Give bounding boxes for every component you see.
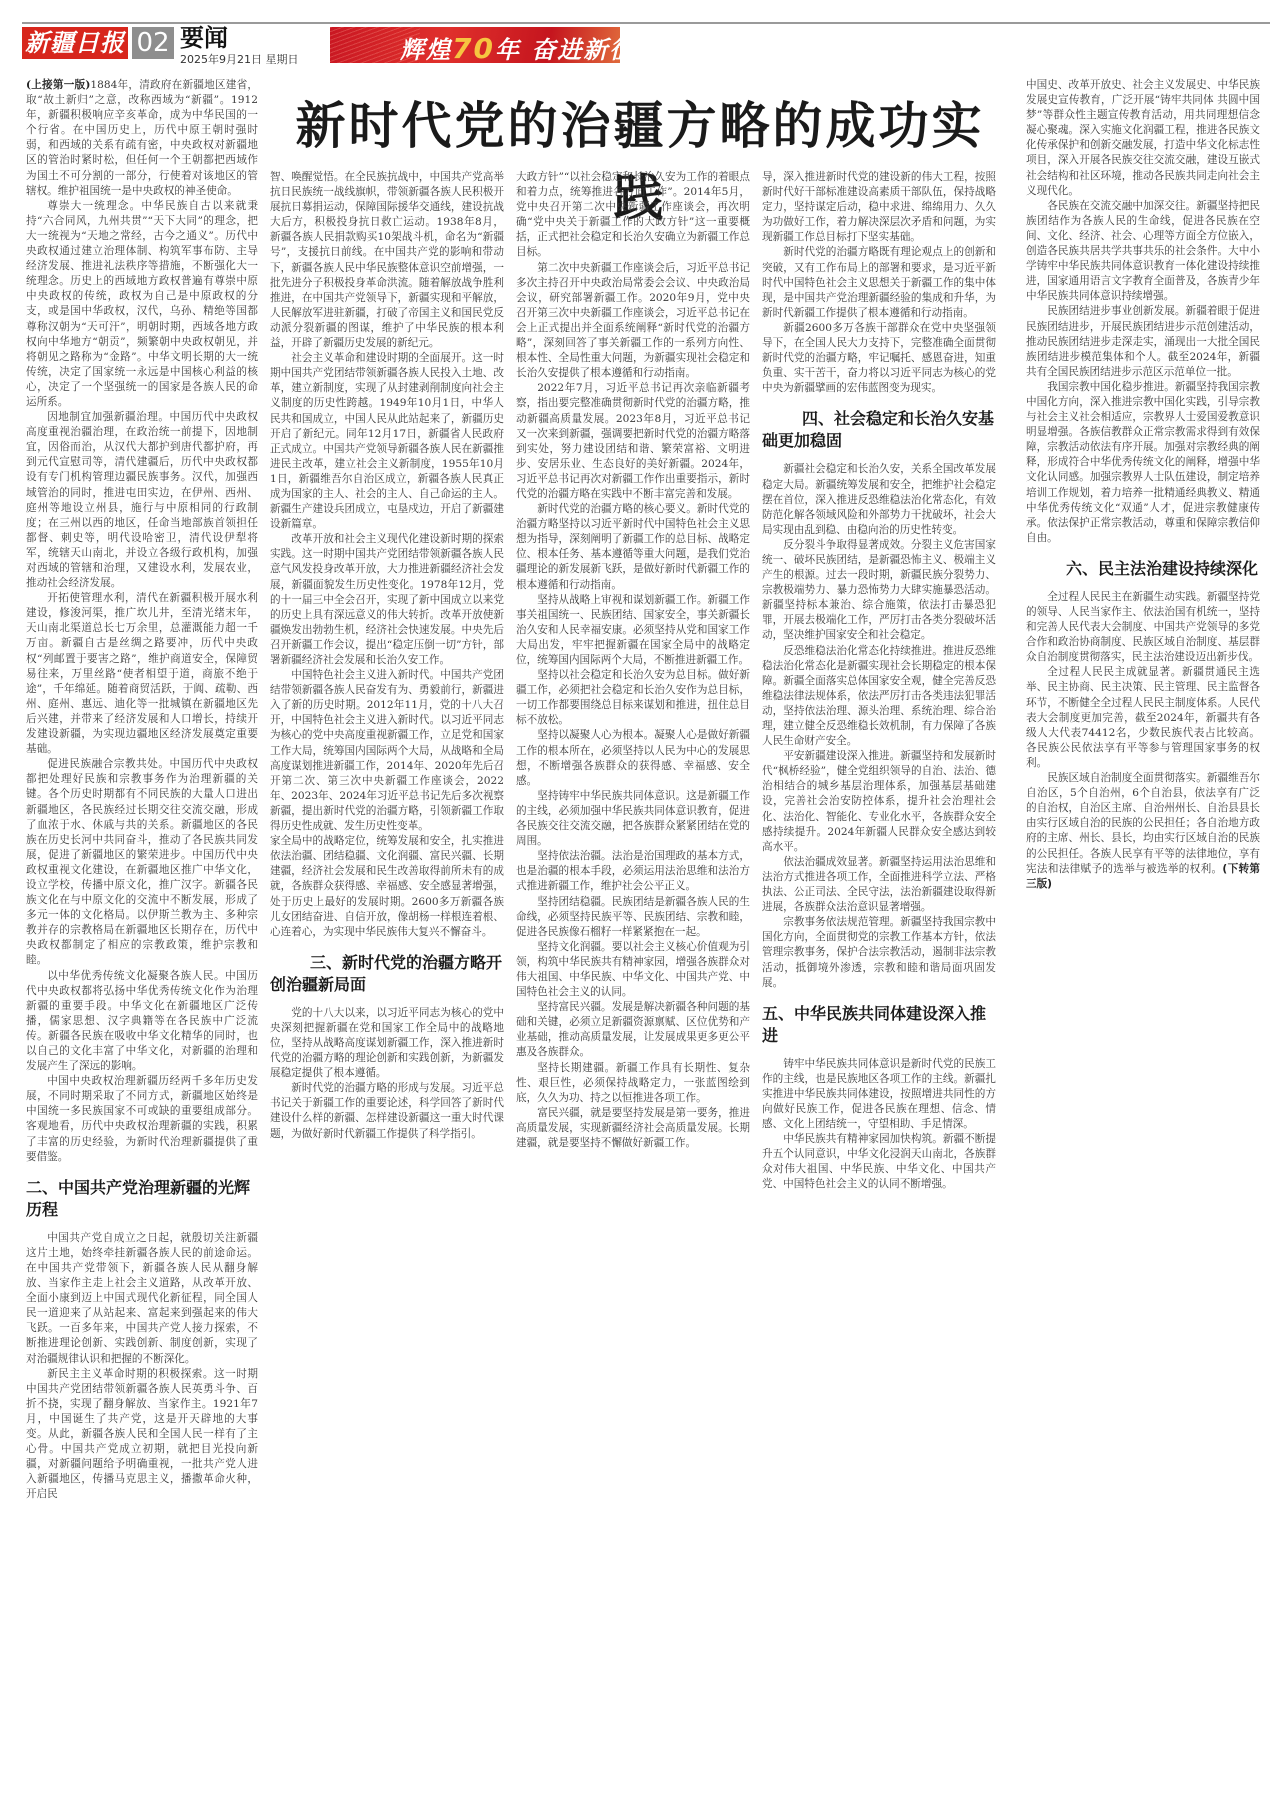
paragraph: 导，深入推进新时代党的建设新的伟大工程，按照新时代好干部标准建设高素质干部队伍，…	[762, 170, 996, 245]
paragraph: 第二次中央新疆工作座谈会后，习近平总书记多次主持召开中央政治局常委会会议、中央政…	[516, 261, 750, 382]
paragraph: 各民族在交流交融中加深交往。新疆坚持把民族团结作为各族人民的生命线，促进各民族在…	[1026, 199, 1260, 305]
paragraph: 坚持团结稳疆。民族团结是新疆各族人民的生命线，必须坚持民族平等、民族团结、宗教和…	[516, 895, 750, 940]
paragraph: 全过程人民民主成就显著。新疆贯通民主选举、民主协商、民主决策、民主管理、民主监督…	[1026, 665, 1260, 771]
banner-part3: 奋进新征程	[531, 36, 620, 63]
paragraph: 坚持以凝聚人心为根本。凝聚人心是做好新疆工作的根本所在，必须坚持以人民为中心的发…	[516, 728, 750, 788]
paragraph: 坚持长期建疆。新疆工作具有长期性、复杂性、艰巨性，必须保持战略定力，一张蓝图绘到…	[516, 1061, 750, 1106]
paragraph: 中华民族共有精神家园加快构筑。新疆不断提升五个认同意识，中华文化浸润天山南北，各…	[762, 1132, 996, 1192]
continued-from-label: (上接第一版)	[26, 79, 90, 91]
paragraph: 我国宗教中国化稳步推进。新疆坚持我国宗教中国化方向，深入推进宗教中国化实践，引导…	[1026, 380, 1260, 546]
paragraph: (上接第一版)1884年，清政府在新疆地区建省，取“故土新归”之意，改称西域为“…	[26, 78, 258, 199]
paragraph: 家全局中的战略定位，统筹发展和安全，扎实推进依法治疆、团结稳疆、文化润疆、富民兴…	[270, 834, 504, 940]
paragraph: 新时代党的治疆方略的核心要义。新时代党的治疆方略坚持以习近平新时代中国特色社会主…	[516, 502, 750, 593]
paragraph: 社会主义革命和建设时期的全面展开。这一时期中国共产党团结带领新疆各族人民投入土地…	[270, 351, 504, 532]
paragraph: 促进民族融合宗教共处。中国历代中央政权都把处理好民族和宗教事务作为治理新疆的关键…	[26, 757, 258, 968]
paragraph: 中国共产党自成立之日起，就殷切关注新疆这片土地，始终牵挂新疆各族人民的前途命运。…	[26, 1231, 258, 1367]
paragraph: 反恐维稳法治化常态化持续推进。推进反恐维稳法治化常态化是新疆实现社会长期稳定的根…	[762, 644, 996, 750]
paragraph: 中国史、改革开放史、社会主义发展史、中华民族发展史宣传教育，广泛开展“铸牢共同体…	[1026, 78, 1260, 199]
paragraph: 党的十八大以来，以习近平同志为核心的党中央深刻把握新疆在党和国家工作全局中的战略…	[270, 1006, 504, 1081]
article-column-5: 中国史、改革开放史、社会主义发展史、中华民族发展史宣传教育，广泛开展“铸牢共同体…	[1026, 78, 1260, 1818]
paragraph: 坚持铸牢中华民族共同体意识。这是新疆工作的主线，必须加强中华民族共同体意识教育，…	[516, 789, 750, 849]
paragraph: 新时代党的治疆方略既有理论观点上的创新和突破，又有工作布局上的部署和要求，是习近…	[762, 245, 996, 320]
banner-number: 70	[452, 32, 495, 63]
paragraph: 坚持从战略上审视和谋划新疆工作。新疆工作事关祖国统一、民族团结、国家安全，事关新…	[516, 593, 750, 668]
masthead: 新疆日报 02 要闻 2025年9月21日 星期日 辉煌70年 奋进新征程	[22, 22, 1270, 52]
section-heading-5: 五、中华民族共同体建设深入推进	[762, 1003, 996, 1047]
section-heading-6: 六、民主法治建设持续深化	[1026, 558, 1260, 580]
paragraph: 依法治疆成效显著。新疆坚持运用法治思维和法治方式推进各项工作，全面推进科学立法、…	[762, 855, 996, 915]
banner-slogan: 辉煌70年 奋进新征程	[400, 30, 620, 63]
paragraph: 新疆2600多万各族干部群众在党中央坚强领导下，在全国人民大力支持下，完整准确全…	[762, 321, 996, 396]
paragraph: 坚持文化润疆。要以社会主义核心价值观为引领，构筑中华民族共有精神家园，增强各族群…	[516, 940, 750, 1000]
paragraph: 尊崇大一统理念。中华民族自古以来就秉持“六合同风，九州共贯”“天下大同”的理念，…	[26, 199, 258, 410]
section-heading-3: 三、新时代党的治疆方略开创治疆新局面	[270, 952, 504, 996]
paragraph: 中国中央政权治理新疆历经两千多年历史发展，不同时期采取了不同方式，新疆地区始终是…	[26, 1074, 258, 1165]
paragraph: 开拓使管理水利，清代在新疆积极开展水利建设，修浚河渠，推广坎儿井，至清光绪末年，…	[26, 591, 258, 757]
paragraph: 新疆社会稳定和长治久安，关系全国改革发展稳定大局。新疆统筹发展和安全，把维护社会…	[762, 462, 996, 537]
paragraph: 坚持富民兴疆。发展是解决新疆各种问题的基础和关键，必须立足新疆资源禀赋、区位优势…	[516, 1000, 750, 1060]
article-column-3: 大政方针”“以社会稳定和长治久安为工作的着眼点和着力点，统筹推进各方面工作”。2…	[516, 170, 750, 1818]
anniversary-banner: 辉煌70年 奋进新征程	[330, 27, 620, 63]
paragraph: 2022年7月，习近平总书记再次亲临新疆考察，指出要完整准确贯彻新时代党的治疆方…	[516, 381, 750, 502]
paragraph: 智、唤醒觉悟。在全民族抗战中，中国共产党高举抗日民族统一战线旗帜，带领新疆各族人…	[270, 170, 504, 351]
paragraph: 中国特色社会主义进入新时代。中国共产党团结带领新疆各族人民奋发有为、勇毅前行，新…	[270, 668, 504, 834]
paragraph: 改革开放和社会主义现代化建设新时期的探索实践。这一时期中国共产党团结带领新疆各族…	[270, 532, 504, 668]
article-column-1: (上接第一版)1884年，清政府在新疆地区建省，取“故土新归”之意，改称西域为“…	[26, 78, 258, 1818]
section-heading-4: 四、社会稳定和长治久安基础更加稳固	[762, 408, 996, 452]
paragraph: 以中华优秀传统文化凝聚各族人民。中国历代中央政权都将弘扬中华优秀传统文化作为治理…	[26, 969, 258, 1075]
section-name: 要闻	[180, 25, 228, 51]
paragraph: 新民主主义革命时期的积极探索。这一时期中国共产党团结带领新疆各族人民英勇斗争、百…	[26, 1367, 258, 1503]
issue-date: 2025年9月21日 星期日	[180, 51, 299, 67]
section-heading-2: 二、中国共产党治理新疆的光辉历程	[26, 1177, 258, 1221]
paragraph: 平安新疆建设深入推进。新疆坚持和发展新时代“枫桥经验”，健全党组织领导的自治、法…	[762, 749, 996, 855]
paragraph: 大政方针”“以社会稳定和长治久安为工作的着眼点和着力点，统筹推进各方面工作”。2…	[516, 170, 750, 261]
paragraph: 全过程人民民主在新疆生动实践。新疆坚持党的领导、人民当家作主、依法治国有机统一，…	[1026, 590, 1260, 665]
article-column-4: 导，深入推进新时代党的建设新的伟大工程，按照新时代好干部标准建设高素质干部队伍，…	[762, 170, 996, 1818]
article-column-2: 智、唤醒觉悟。在全民族抗战中，中国共产党高举抗日民族统一战线旗帜，带领新疆各族人…	[270, 170, 504, 1818]
banner-part1: 辉煌	[400, 36, 452, 63]
newspaper-logo: 新疆日报	[22, 27, 128, 59]
paragraph: 坚持以社会稳定和长治久安为总目标。做好新疆工作，必须把社会稳定和长治久安作为总目…	[516, 668, 750, 728]
paragraph: 民族区域自治制度全面贯彻落实。新疆维吾尔自治区，5个自治州，6个自治县，依法享有…	[1026, 771, 1260, 892]
page-number: 02	[132, 27, 174, 59]
paragraph: 宗教事务依法规范管理。新疆坚持我国宗教中国化方向，全面贯彻党的宗教工作基本方针，…	[762, 915, 996, 990]
paragraph: 反分裂斗争取得显著成效。分裂主义危害国家统一、破坏民族团结，是新疆恐怖主义、极端…	[762, 538, 996, 644]
paragraph: 新时代党的治疆方略的形成与发展。习近平总书记关于新疆工作的重要论述，科学回答了新…	[270, 1081, 504, 1141]
banner-part2: 年	[495, 36, 521, 63]
paragraph: 坚持依法治疆。法治是治国理政的基本方式，也是治疆的根本手段，必须运用法治思维和法…	[516, 849, 750, 894]
paragraph: 富民兴疆，就是要坚持发展是第一要务，推进高质量发展，实现新疆经济社会高质量发展。…	[516, 1106, 750, 1151]
paragraph: 铸牢中华民族共同体意识是新时代党的民族工作的主线，也是民族地区各项工作的主线。新…	[762, 1057, 996, 1132]
paragraph: 因地制宜加强新疆治理。中国历代中央政权高度重视治疆治理，在政治统一前提下，因地制…	[26, 410, 258, 591]
paragraph: 民族团结进步事业创新发展。新疆着眼于促进民族团结进步，开展民族团结进步示范创建活…	[1026, 304, 1260, 379]
